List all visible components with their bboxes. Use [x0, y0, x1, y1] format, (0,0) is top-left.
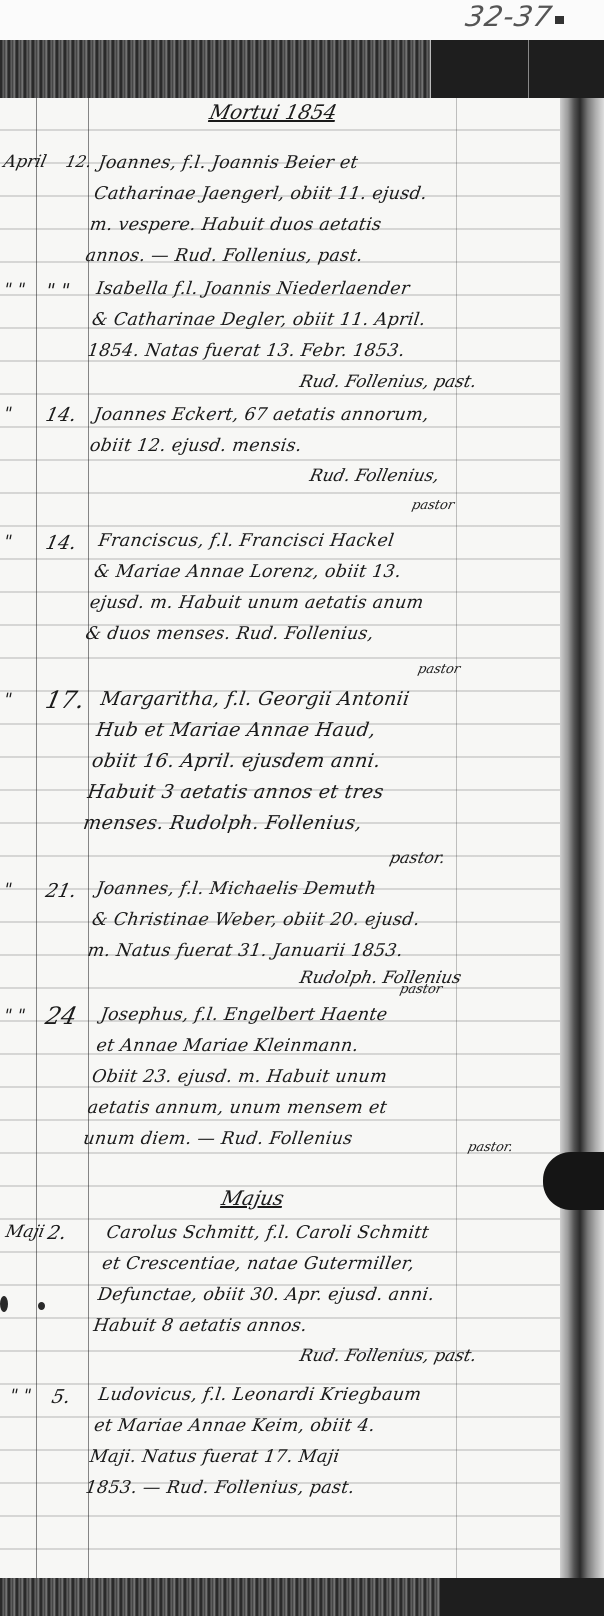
entry-text: Carolus Schmitt, f.l. Caroli Schmitt et …	[91, 1218, 564, 1342]
entry-text: Margaritha, f.l. Georgii Antonii Hub et …	[81, 684, 559, 839]
book-binding-top	[0, 40, 604, 98]
binding-clip	[543, 1152, 604, 1210]
column-rule-month	[36, 98, 37, 1578]
entry-month: Maji	[4, 1222, 47, 1242]
archive-page-number: 32-37	[463, 0, 555, 33]
entry-month: " "	[8, 1386, 33, 1406]
pastor-signature: Rud. Follenius,	[308, 466, 441, 486]
section-heading-mortui: Mortui 1854	[207, 100, 339, 124]
entry-month: " "	[2, 280, 27, 300]
entry-day: 24	[43, 1002, 79, 1030]
entry-text: Isabella f.l. Joannis Niederlaender & Ca…	[85, 274, 554, 367]
pastor-signature: Rud. Follenius, past.	[298, 1346, 479, 1366]
entry-text: Franciscus, f.l. Francisci Hackel & Mari…	[83, 526, 556, 650]
entry-day: 21.	[44, 880, 79, 902]
entry-text: Josephus, f.l. Engelbert Haente et Annae…	[81, 1000, 559, 1155]
pastor-title: pastor	[398, 982, 443, 997]
page-gutter	[560, 98, 604, 1578]
pastor-title: pastor.	[388, 848, 447, 867]
entry-day: 12.	[64, 152, 93, 171]
entry-text: Joannes Eckert, 67 aetatis annorum, obii…	[88, 400, 553, 462]
entry-day: " "	[44, 280, 72, 302]
pastor-signature: Rud. Follenius, past.	[298, 372, 479, 392]
pastor-title: pastor	[416, 662, 461, 677]
book-binding-bottom	[0, 1578, 604, 1616]
scan-top-margin: 32-37	[0, 0, 604, 40]
entry-text: Joannes, f.l. Joannis Beier et Catharina…	[83, 148, 556, 272]
ink-blot	[0, 1296, 8, 1312]
pastor-title: pastor.	[466, 1140, 514, 1155]
section-heading-majus: Majus	[219, 1186, 286, 1210]
archive-mark	[555, 16, 564, 24]
entry-day: 14.	[44, 404, 79, 426]
entry-day: 14.	[44, 532, 79, 554]
pastor-title: pastor	[410, 498, 455, 513]
entry-text: Ludovicus, f.l. Leonardi Kriegbaum et Ma…	[83, 1380, 556, 1504]
entry-month: April	[2, 152, 48, 172]
entry-text: Joannes, f.l. Michaelis Demuth & Christi…	[85, 874, 554, 967]
entry-month: " "	[2, 1006, 27, 1026]
entry-day: 17.	[43, 686, 87, 714]
ink-blot	[38, 1302, 45, 1310]
